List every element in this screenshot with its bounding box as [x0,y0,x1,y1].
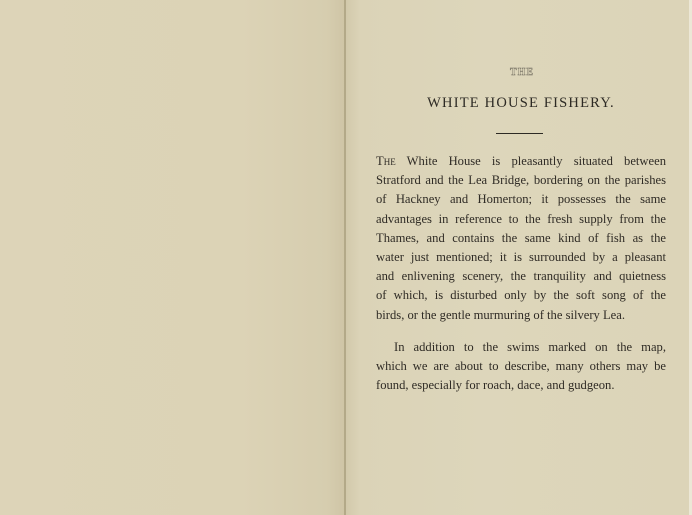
text-line: birds, or the gentle murmuring of the si… [376,306,666,325]
text-line: The White House is pleasantly situated b… [376,152,666,171]
right-page: THE WHITE HOUSE FISHERY. The White House… [346,0,692,515]
lead-word: The [376,154,396,168]
text-line: which we are about to describe, many oth… [376,357,666,376]
title-rule-divider [496,133,543,134]
text-line: advantages in reference to the fresh sup… [376,210,666,229]
text-line: found, especially for roach, dace, and g… [376,376,666,395]
text-line: and enlivening scenery, the tranquility … [376,267,666,286]
chapter-title: WHITE HOUSE FISHERY. [396,95,646,112]
text-line: of Hackney and Homerton; it possesses th… [376,190,666,209]
text-line: Stratford and the Lea Bridge, bordering … [376,171,666,190]
text-line: In addition to the swims marked on the m… [376,338,666,357]
paragraph-1: The White House is pleasantly situated b… [376,152,666,325]
paragraph-2: In addition to the swims marked on the m… [376,338,666,396]
ornamental-heading: THE [506,67,538,78]
text-line: Thames, and contains the same kind of fi… [376,229,666,248]
left-page-blank [0,0,344,515]
text-line: water just mentioned; it is surrounded b… [376,248,666,267]
book-spread: THE WHITE HOUSE FISHERY. The White House… [0,0,692,515]
text-line: of which, is disturbed only by the soft … [376,286,666,305]
